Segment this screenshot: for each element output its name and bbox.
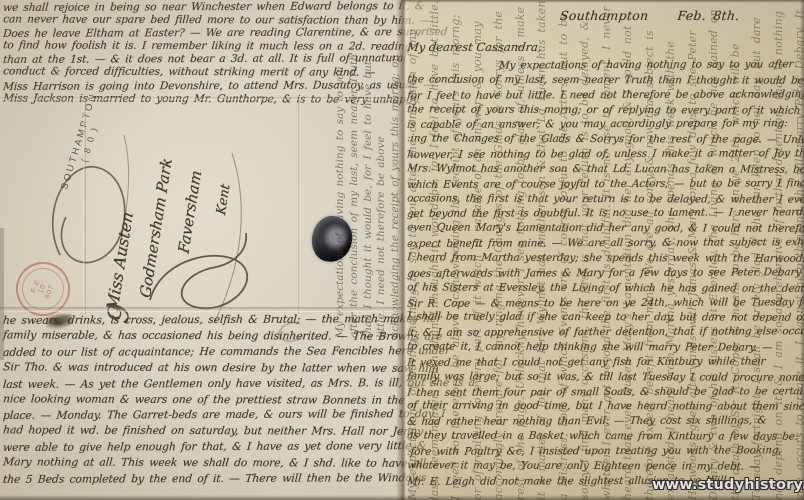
handwriting-line: :ing the Changes of the Glads & Sorrys f… (406, 132, 803, 148)
handwriting-line: family was large; but so it was, & till … (406, 369, 803, 385)
handwriting-line: to create it, I cannot help thinking she… (406, 339, 803, 355)
handwriting-line: even Queen Mary's Lamentation did her an… (406, 221, 803, 237)
letter-body: My expectations of having nothing to say… (407, 58, 803, 488)
handwriting-line: it; & I am so apprehensive of farther de… (406, 324, 803, 341)
handwriting-line: the conclusion of my last, seem nearer T… (406, 72, 803, 88)
handwriting-line: of his Sisters at Eversley, the Living o… (406, 280, 803, 296)
handwriting-line: My expectations of having nothing to say… (406, 57, 803, 74)
handwriting-line: the 5 Beds completed by the end of it. —… (2, 470, 402, 488)
handwriting-line: whatever it may be, You are only Eightee… (406, 458, 803, 474)
left-page: we shall rejoice in being so near Winche… (0, 0, 402, 500)
handwriting-line: were able to give help enough for that, … (2, 438, 402, 456)
handwriting-line: however, I see nothing to be glad of, un… (406, 146, 803, 163)
handwriting-line: added to our list of acquaintance; He co… (2, 343, 402, 361)
letter-scan: we shall rejoice in being so near Winche… (0, 0, 804, 500)
handwriting-line: which Events are of course joyful to the… (406, 176, 803, 193)
left-bottom-text: he swears, drinks, is cross, jealous, se… (3, 312, 402, 487)
handwriting-line: Sir Tho. & was introduced at his own des… (2, 359, 402, 376)
letter-heading: Southampton Feb. 8th. (559, 8, 740, 23)
handwriting-line: goes afterwards with James & Mary for a … (406, 265, 803, 282)
handwriting-line: I heard from Martha yesterday; she spend… (406, 250, 803, 266)
handwriting-line: expect benefit from mine. — We are all s… (406, 235, 803, 252)
handwriting-line: It vexed me that I could not get any fis… (406, 354, 803, 371)
handwriting-line: as they travelled in a Basket which came… (406, 428, 803, 444)
cross-writing-text: My expectations of having nothing to say… (334, 52, 402, 338)
handwriting-line: for I feel to have but little. I need no… (406, 87, 803, 104)
cross-writing-strip: My expectations of having nothing to say… (334, 52, 402, 338)
handwriting-line: :fore with Poultry &c, I insisted upon t… (406, 443, 803, 460)
letter-salutation: My dearest Cassandra, (406, 40, 542, 54)
right-page: Southampton Feb. 8th. My dearest Cassand… (402, 0, 804, 500)
handwriting-line: last week. — As yet the Gentlemen only h… (2, 375, 402, 393)
handwriting-line: & had rather hear nothing than Evil. — T… (406, 413, 803, 430)
watermark-url: www.studyhistory.cc (652, 477, 804, 493)
handwriting-line: family miserable, & has occasioned his b… (2, 327, 402, 344)
red-datestamp-text: F E 10 807 (16, 262, 71, 317)
handwriting-line: Mary nothing at all. This week we shall … (2, 454, 402, 471)
handwriting-line: had hoped it wd. be finished on saturday… (2, 423, 402, 440)
handwriting-line: he swears, drinks, is cross, jealous, se… (2, 311, 402, 329)
handwriting-line: Mrs. Wylmot has another son & that Ld. L… (406, 161, 803, 177)
